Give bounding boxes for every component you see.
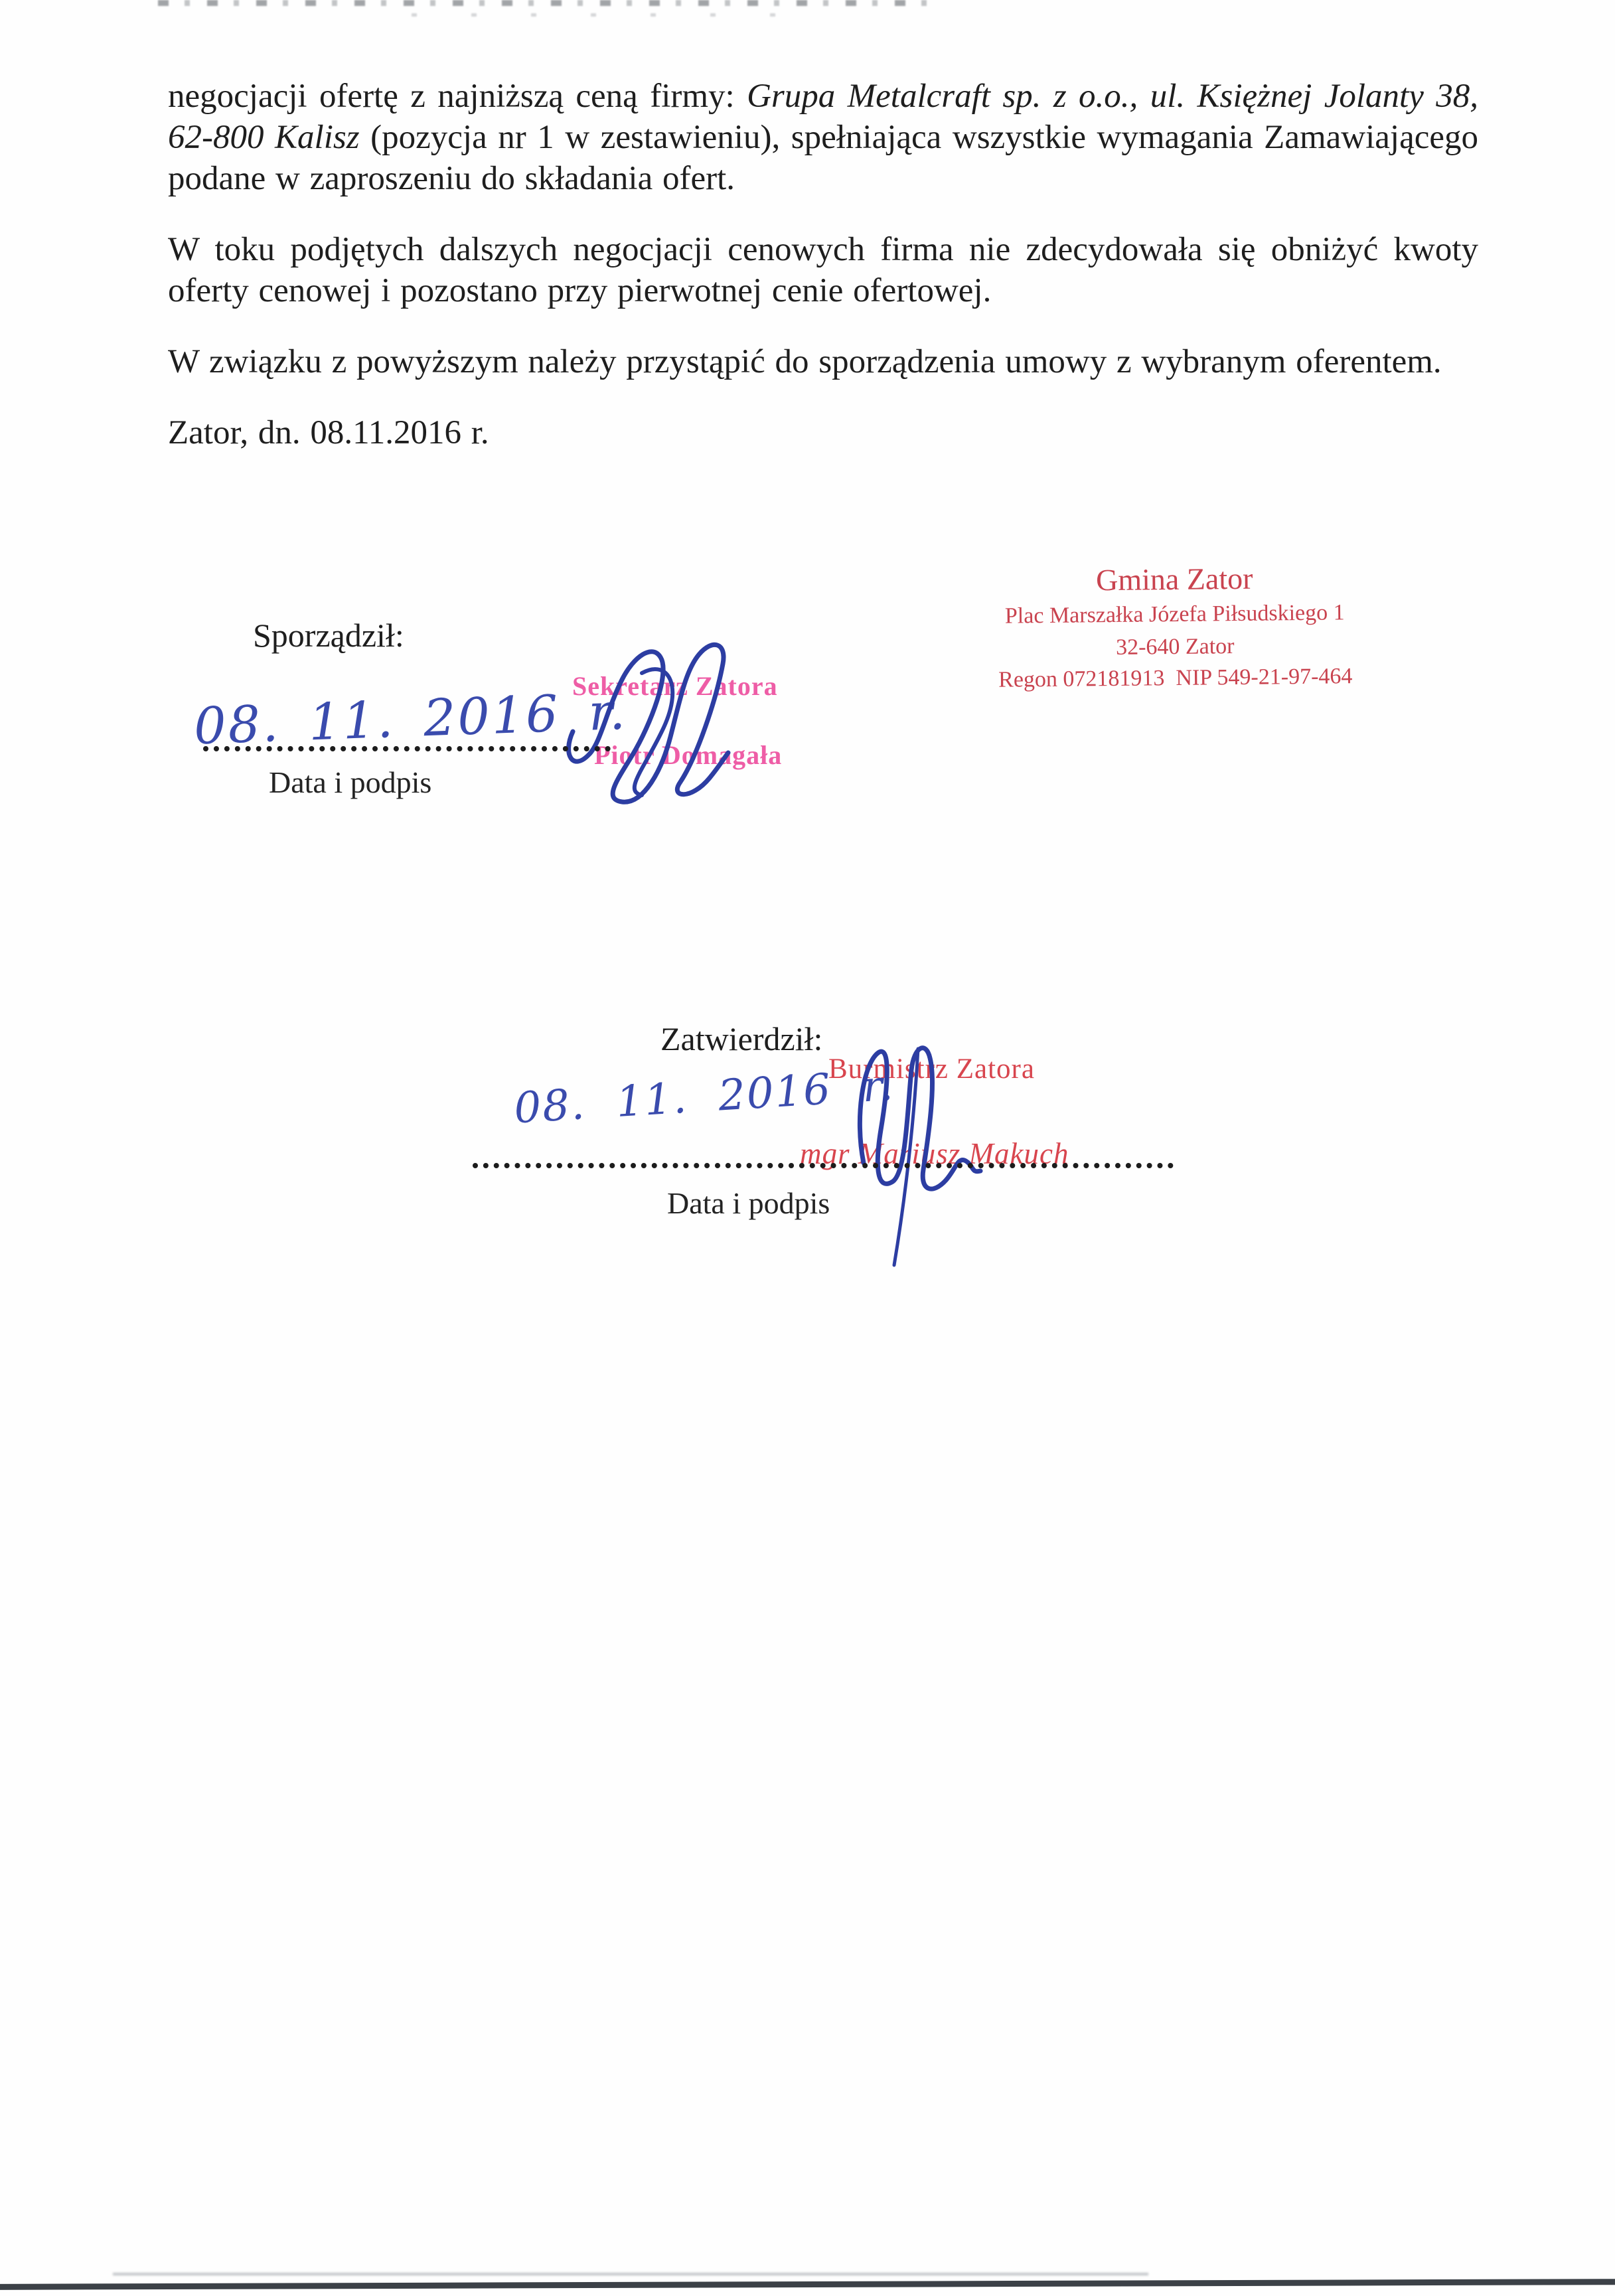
office-stamp-gmina-zator: Gmina Zator Plac Marszałka Józefa Piłsud… bbox=[942, 558, 1408, 696]
scanned-document-page: negocjacji ofertę z najniższą ceną firmy… bbox=[0, 0, 1615, 2296]
approved-by-label: Zatwierdził: bbox=[660, 1020, 822, 1058]
paragraph-1-text: negocjacji ofertę z najniższą ceną firmy… bbox=[168, 78, 747, 115]
paragraph-conclusion: W związku z powyższym należy przystąpić … bbox=[168, 341, 1478, 382]
signature-dotted-line-approved bbox=[473, 1163, 1174, 1168]
scan-artifact-bottom-smudge bbox=[113, 2273, 1148, 2275]
signature-dotted-line-prepared bbox=[203, 746, 611, 751]
date-signature-caption-approved: Data i podpis bbox=[667, 1186, 830, 1221]
stamp-municipality-name: Gmina Zator bbox=[942, 558, 1407, 600]
place-date-line: Zator, dn. 08.11.2016 r. bbox=[168, 412, 1478, 453]
signature-mariusz-makuch bbox=[840, 1024, 1026, 1270]
signature-piotr-domagala bbox=[561, 632, 767, 812]
stamp-regon-nip: Regon 072181913 NIP 549-21-97-464 bbox=[943, 660, 1408, 696]
prepared-by-label: Sporządził: bbox=[253, 616, 404, 654]
scan-edge-bottom-line bbox=[0, 2279, 1615, 2290]
date-signature-caption-prepared: Data i podpis bbox=[269, 765, 431, 800]
scan-artifact-top-text-remnant bbox=[158, 0, 935, 6]
document-body: negocjacji ofertę z najniższą ceną firmy… bbox=[168, 76, 1478, 483]
scan-artifact-top-faint bbox=[412, 13, 823, 17]
paragraph-negotiations: W toku podjętych dalszych negocjacji cen… bbox=[168, 229, 1478, 311]
stamp-address-city: 32-640 Zator bbox=[943, 629, 1407, 665]
stamp-address-street: Plac Marszałka Józefa Piłsudskiego 1 bbox=[943, 595, 1407, 633]
paragraph-selected-offer: negocjacji ofertę z najniższą ceną firmy… bbox=[168, 76, 1478, 199]
